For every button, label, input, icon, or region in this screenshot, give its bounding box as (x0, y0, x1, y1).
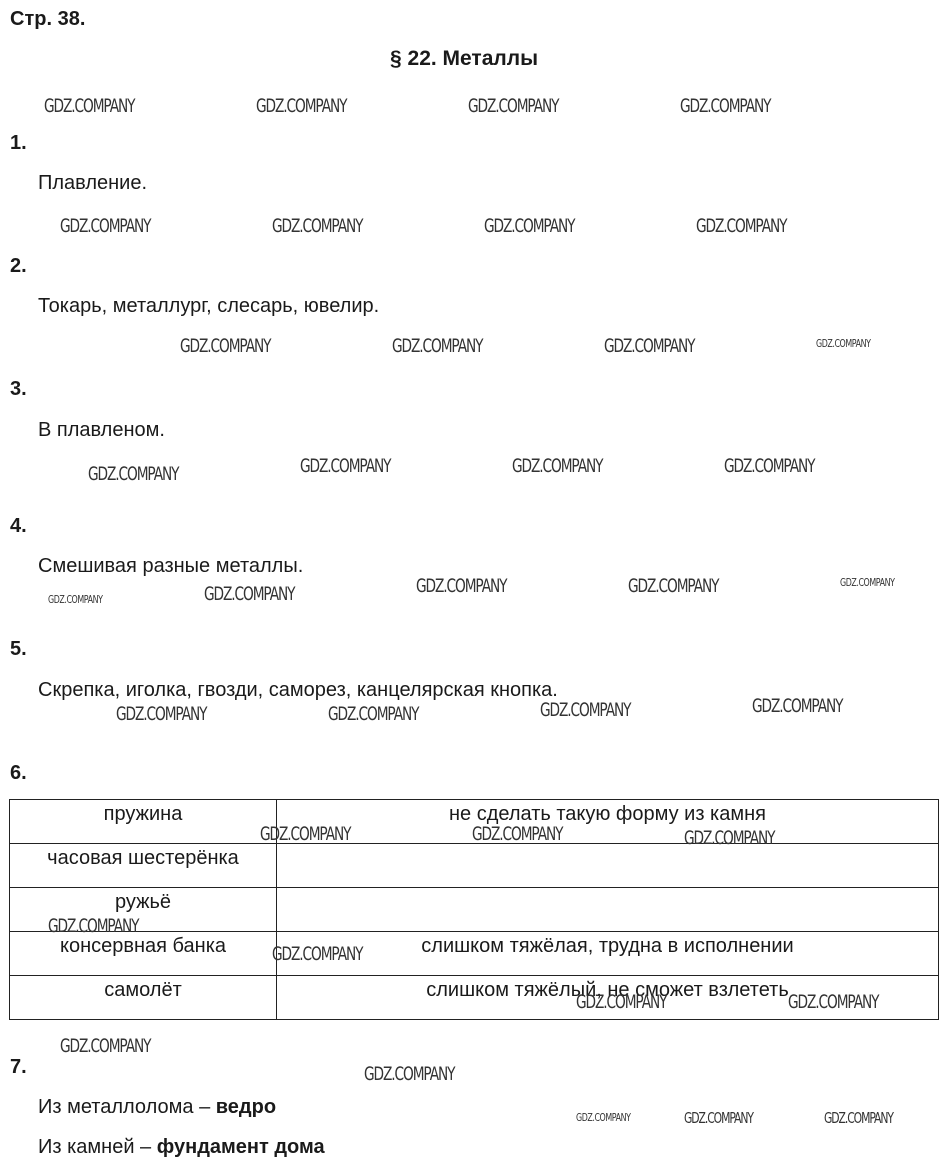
answer-7-line-1-prefix: Из металлолома – (38, 1096, 216, 1118)
watermark: GDZ.COMPANY (472, 823, 562, 845)
question-number-7: 7. (10, 1056, 27, 1079)
watermark: GDZ.COMPANY (48, 915, 138, 937)
watermark: GDZ.COMPANY (180, 335, 270, 357)
answer-7-line-2-prefix: Из камней – (38, 1136, 157, 1158)
answer-7-line-2: Из камней – фундамент дома (38, 1136, 325, 1159)
watermark: GDZ.COMPANY (300, 455, 390, 477)
watermark: GDZ.COMPANY (328, 703, 418, 725)
watermark: GDZ.COMPANY (468, 95, 558, 117)
table-cell-item: часовая шестерёнка (10, 844, 277, 888)
answer-1: Плавление. (38, 172, 147, 195)
answer-4: Смешивая разные металлы. (38, 555, 303, 578)
watermark: GDZ.COMPANY (724, 455, 814, 477)
question-number-3: 3. (10, 378, 27, 401)
watermark: GDZ.COMPANY (684, 1109, 753, 1127)
watermark: GDZ.COMPANY (256, 95, 346, 117)
watermark: GDZ.COMPANY (628, 575, 718, 597)
page-reference: Стр. 38. (10, 8, 85, 31)
watermark: GDZ.COMPANY (540, 699, 630, 721)
watermark: GDZ.COMPANY (816, 337, 870, 350)
watermark: GDZ.COMPANY (272, 943, 362, 965)
watermark: GDZ.COMPANY (788, 991, 878, 1013)
answer-7-line-2-bold: фундамент дома (157, 1136, 325, 1158)
watermark: GDZ.COMPANY (116, 703, 206, 725)
watermark: GDZ.COMPANY (604, 335, 694, 357)
watermark: GDZ.COMPANY (48, 593, 102, 606)
watermark: GDZ.COMPANY (60, 215, 150, 237)
answer-7-line-1-bold: ведро (216, 1096, 276, 1118)
watermark: GDZ.COMPANY (204, 583, 294, 605)
watermark: GDZ.COMPANY (484, 215, 574, 237)
answer-3: В плавленом. (38, 419, 165, 442)
answer-7-line-1: Из металлолома – ведро (38, 1096, 276, 1119)
table-row: консервная банка слишком тяжёлая, трудна… (10, 932, 939, 976)
question-number-2: 2. (10, 255, 27, 278)
watermark: GDZ.COMPANY (260, 823, 350, 845)
watermark: GDZ.COMPANY (696, 215, 786, 237)
watermark: GDZ.COMPANY (684, 827, 774, 849)
watermark: GDZ.COMPANY (44, 95, 134, 117)
watermark: GDZ.COMPANY (824, 1109, 893, 1127)
section-title: § 22. Металлы (390, 47, 538, 71)
watermark: GDZ.COMPANY (576, 991, 666, 1013)
watermark: GDZ.COMPANY (576, 1111, 630, 1124)
table-row: ружьё (10, 888, 939, 932)
watermark: GDZ.COMPANY (60, 1035, 150, 1057)
watermark: GDZ.COMPANY (512, 455, 602, 477)
watermark: GDZ.COMPANY (364, 1063, 454, 1085)
watermark: GDZ.COMPANY (392, 335, 482, 357)
question-number-6: 6. (10, 762, 27, 785)
watermark: GDZ.COMPANY (840, 576, 894, 589)
table-row: часовая шестерёнка (10, 844, 939, 888)
table-cell-reason (277, 888, 939, 932)
question-number-4: 4. (10, 515, 27, 538)
watermark: GDZ.COMPANY (272, 215, 362, 237)
table-cell-item: консервная банка (10, 932, 277, 976)
answer-2: Токарь, металлург, слесарь, ювелир. (38, 295, 379, 318)
table-cell-reason: не сделать такую форму из камня (277, 800, 939, 844)
table-cell-item: пружина (10, 800, 277, 844)
table-cell-item: самолёт (10, 976, 277, 1020)
answer-5: Скрепка, иголка, гвозди, саморез, канцел… (38, 679, 558, 702)
table-cell-reason (277, 844, 939, 888)
watermark: GDZ.COMPANY (752, 695, 842, 717)
table-cell-reason: слишком тяжёлая, трудна в исполнении (277, 932, 939, 976)
watermark: GDZ.COMPANY (680, 95, 770, 117)
question-number-1: 1. (10, 132, 27, 155)
watermark: GDZ.COMPANY (88, 463, 178, 485)
question-number-5: 5. (10, 638, 27, 661)
watermark: GDZ.COMPANY (416, 575, 506, 597)
